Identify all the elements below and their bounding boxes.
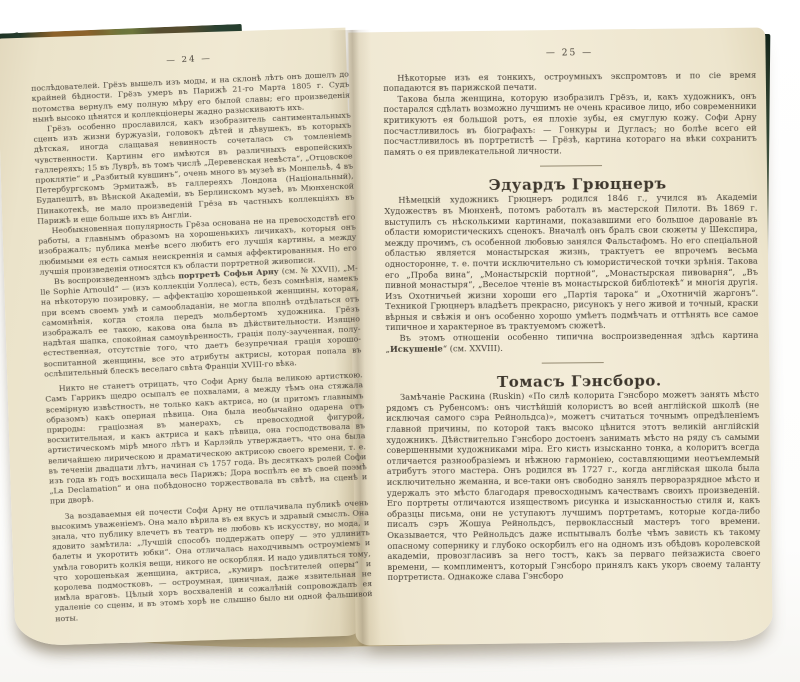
paragraph: Въ воспроизведенномъ здѣсь портретѣ Софь… <box>40 263 362 379</box>
paragraph-text: “ (см. XXVIII). <box>443 343 503 354</box>
paragraph: Никто не станетъ отрицать, что Софи Арну… <box>45 370 368 507</box>
right-page-text: — 25 — Нѣкоторые изъ ея тонкихъ, остроум… <box>383 47 761 583</box>
section-divider <box>541 362 603 364</box>
paragraph: Замѣчаніе Раскина (Ruskin) «По силѣ коло… <box>386 389 761 583</box>
paragraph: Такова была женщина, которую изобразилъ … <box>383 91 757 158</box>
page-number-right: — 25 — <box>383 47 756 61</box>
photo-background: — 24 — послѣдователей. Грёзъ вышелъ изъ … <box>0 0 800 682</box>
paragraph: Въ этомъ отношеніи особенно типична восп… <box>385 330 758 354</box>
paragraph: За воздаваемыя ей почести Софи Арну не о… <box>50 498 373 625</box>
left-page-text: — 24 — послѣдователей. Грёзъ вышелъ изъ … <box>30 48 373 625</box>
section-divider <box>540 165 602 167</box>
bold-phrase: Искушеніе <box>390 343 443 353</box>
paragraph: Грёзъ особенно прославился, какъ изобраз… <box>33 111 355 227</box>
paragraph: Нѣмецкій художникъ Грюцнеръ родился 1846… <box>384 192 758 333</box>
